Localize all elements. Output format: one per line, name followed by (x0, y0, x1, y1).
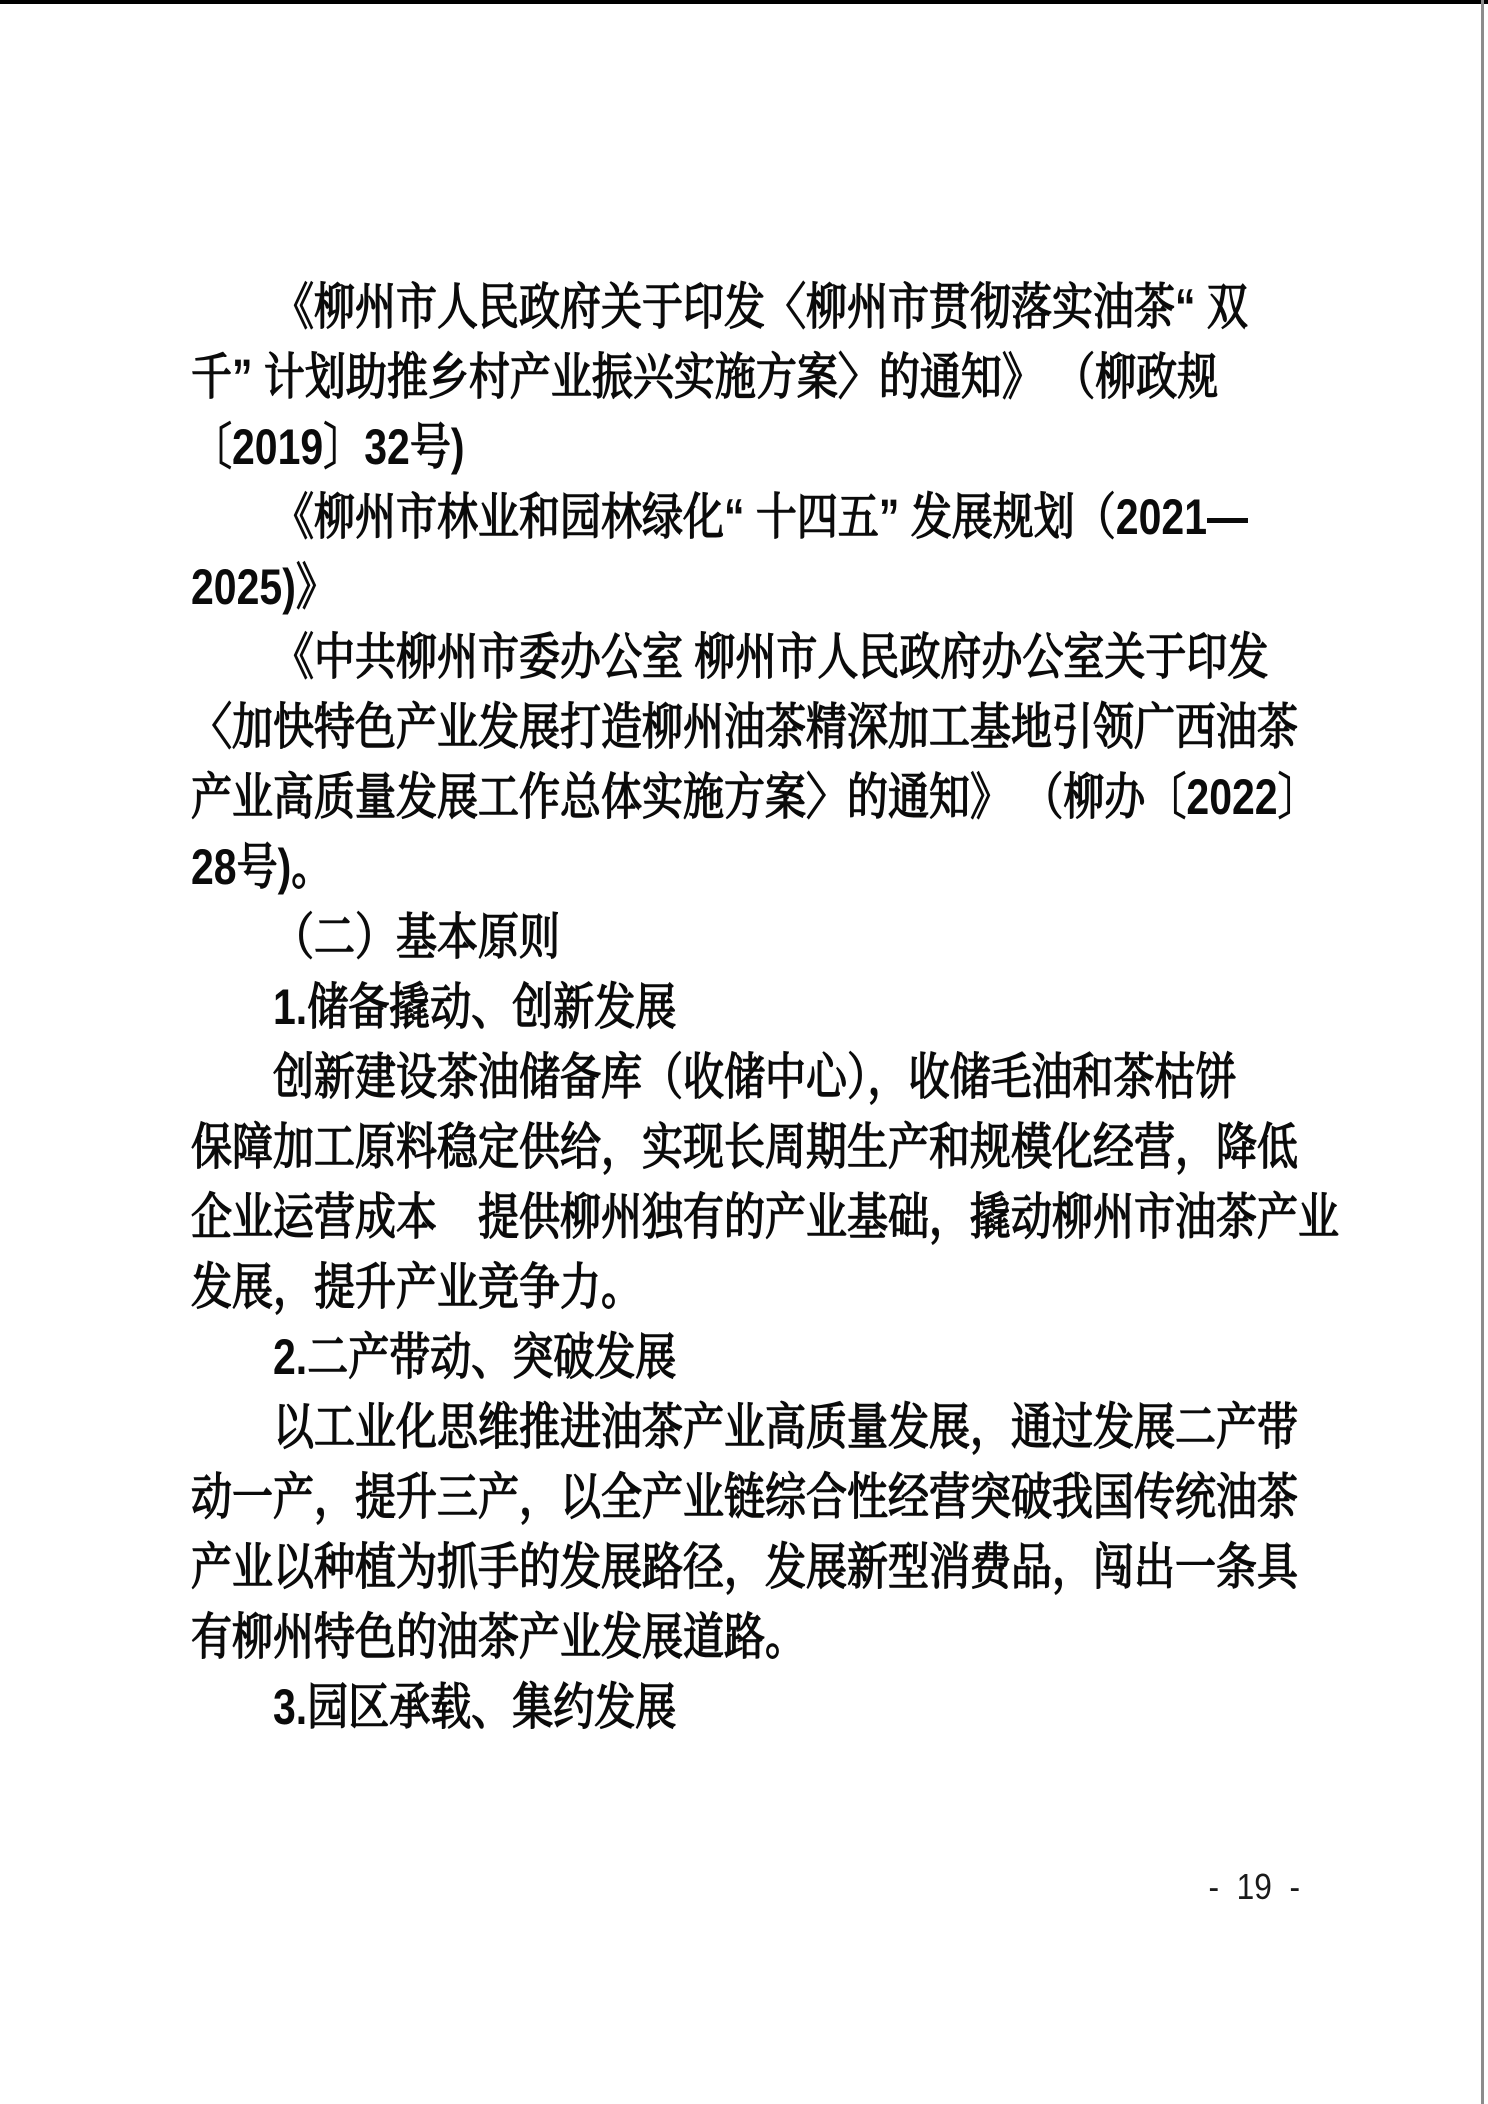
text-line: 《中共柳州市委办公室 柳州市人民政府办公室关于印发 (191, 622, 1224, 692)
scan-top-border (0, 0, 1488, 4)
text-line: 企业运营成本 提供柳州独有的产业基础，撬动柳州市油茶产业 (191, 1182, 1224, 1252)
text-line: 产业高质量发展工作总体实施方案〉的通知》 （柳办〔2022〕 (191, 762, 1224, 832)
text-line: 以工业化思维推进油茶产业高质量发展，通过发展二产带 (191, 1392, 1224, 1462)
scan-right-border (1481, 0, 1484, 2104)
text-line: 千” 计划助推乡村产业振兴实施方案〉的通知》 （柳政规 (191, 342, 1224, 412)
text-line: 《柳州市林业和园林绿化“ 十四五” 发展规划（2021— (191, 482, 1224, 552)
section-heading: （二）基本原则 (191, 902, 1224, 972)
document-text-block: 《柳州市人民政府关于印发〈柳州市贯彻落实油茶“ 双 千” 计划助推乡村产业振兴实… (191, 272, 1451, 1742)
text-line: 产业以种植为抓手的发展路径，发展新型消费品，闯出一条具 (191, 1532, 1224, 1602)
subsection-heading: 3.园区承载、集约发展 (191, 1672, 1224, 1742)
text-line: 〔2019〕32号) (191, 412, 1224, 482)
text-line: 动一产，提升三产，以全产业链综合性经营突破我国传统油茶 (191, 1462, 1224, 1532)
text-line: 2025)》 (191, 552, 1224, 622)
text-line: 发展，提升产业竞争力。 (191, 1252, 1224, 1322)
text-line: 〈加快特色产业发展打造柳州油茶精深加工基地引领广西油茶 (191, 692, 1224, 762)
page-number: - 19 - (1208, 1866, 1300, 1908)
text-line: 创新建设茶油储备库（收储中心），收储毛油和茶枯饼 (191, 1042, 1224, 1112)
text-line: 28号)。 (191, 832, 1224, 902)
subsection-heading: 2.二产带动、突破发展 (191, 1322, 1224, 1392)
text-line: 《柳州市人民政府关于印发〈柳州市贯彻落实油茶“ 双 (191, 272, 1224, 342)
document-page: 《柳州市人民政府关于印发〈柳州市贯彻落实油茶“ 双 千” 计划助推乡村产业振兴实… (0, 0, 1488, 2104)
text-line: 保障加工原料稳定供给，实现长周期生产和规模化经营，降低 (191, 1112, 1224, 1182)
text-line: 有柳州特色的油茶产业发展道路。 (191, 1602, 1224, 1672)
subsection-heading: 1.储备撬动、创新发展 (191, 972, 1224, 1042)
